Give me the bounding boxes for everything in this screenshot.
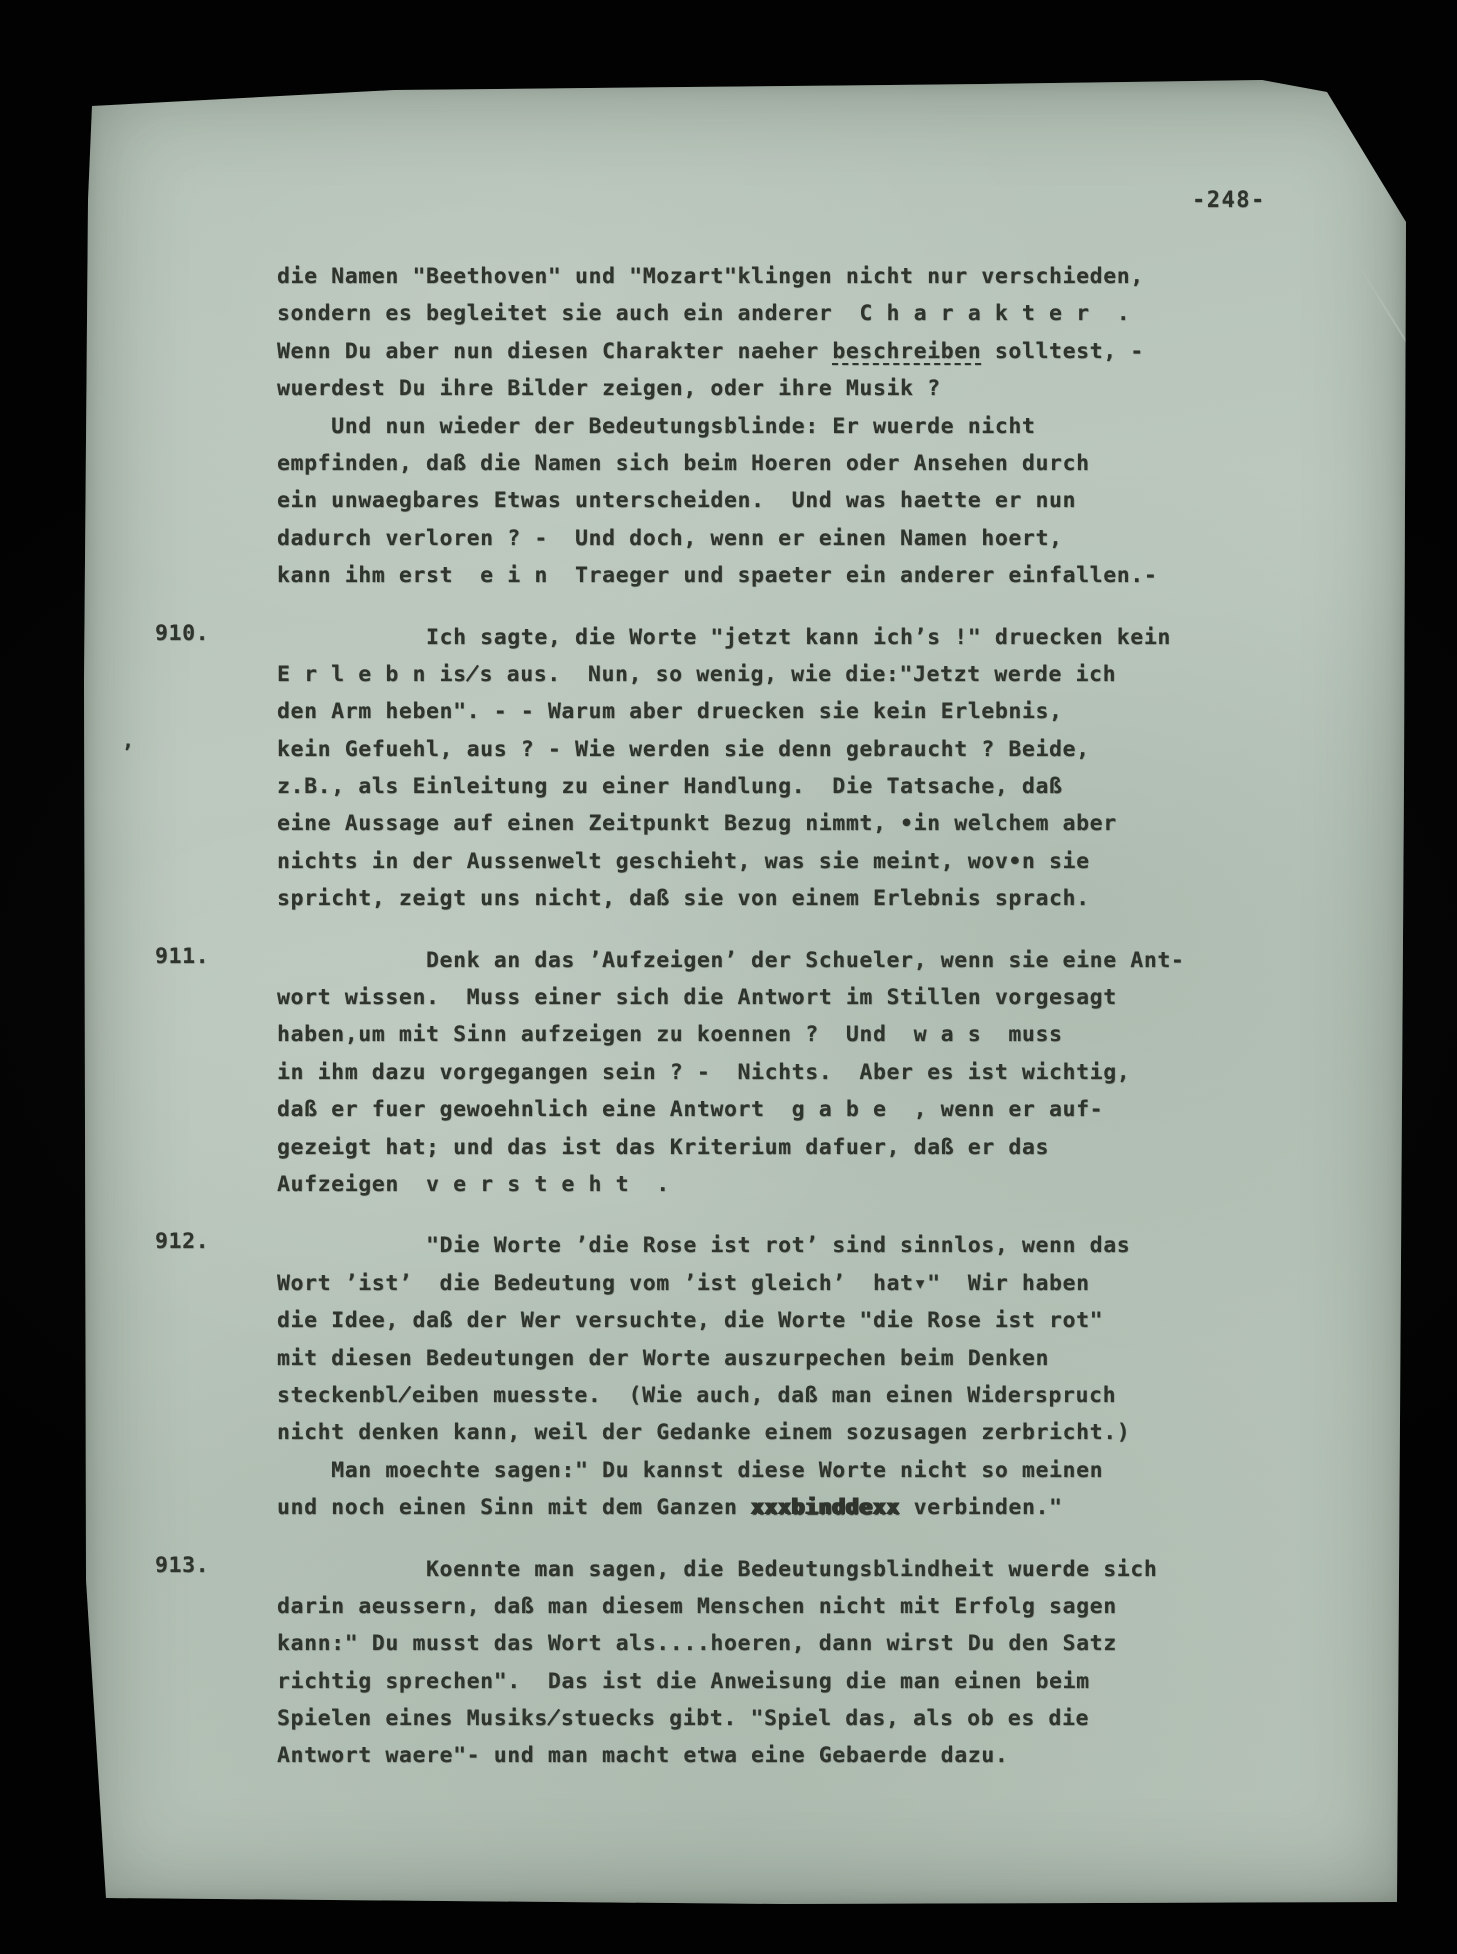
text-line: Spielen eines Musiks̸stuecks gibt. "Spie… xyxy=(277,1700,1207,1737)
paragraph: die Namen "Beethoven" und "Mozart"klinge… xyxy=(277,258,1207,595)
text-line: wort wissen. Muss einer sich die Antwort… xyxy=(277,979,1207,1016)
text-segment: kein Gefuehl, aus ? - Wie werden sie den… xyxy=(277,737,1090,762)
text-line: ein unwaegbares Etwas unterscheiden. Und… xyxy=(277,482,1207,519)
text-segment: Und nun wieder der Bedeutungsblinde: Er … xyxy=(277,414,1035,439)
text-line: sondern es begleitet sie auch ein andere… xyxy=(277,295,1207,332)
text-segment: den Arm heben". - - Warum aber druecken … xyxy=(277,699,1063,724)
text-segment: Man moechte sagen:" Du kannst diese Wort… xyxy=(277,1458,1103,1483)
text-segment: z.B., als Einleitung zu einer Handlung. … xyxy=(277,774,1063,799)
text-segment: wuerdest Du ihre Bilder zeigen, oder ihr… xyxy=(277,376,941,401)
text-segment: nicht denken kann, weil der Gedanke eine… xyxy=(277,1420,1130,1445)
page-number: -248- xyxy=(1192,188,1266,213)
text-segment: Wenn Du aber nun diesen Charakter naeher xyxy=(277,339,832,364)
text-segment: "Die Worte ’die Rose ist rot’ sind sinnl… xyxy=(277,1233,1130,1258)
scan-background: -248- die Namen "Beethoven" und "Mozart"… xyxy=(0,0,1457,1954)
text-line: nicht denken kann, weil der Gedanke eine… xyxy=(277,1414,1207,1451)
text-line: Antwort waere"- und man macht etwa eine … xyxy=(277,1737,1207,1774)
text-segment: die Namen "Beethoven" und "Mozart"klinge… xyxy=(277,264,1144,289)
text-line: Ich sagte, die Worte "jetzt kann ich’s !… xyxy=(277,619,1207,656)
text-line: eine Aussage auf einen Zeitpunkt Bezug n… xyxy=(277,805,1207,842)
text-line: "Die Worte ’die Rose ist rot’ sind sinnl… xyxy=(277,1227,1207,1264)
text-segment: dadurch verloren ? - Und doch, wenn er e… xyxy=(277,526,1063,551)
text-line: wuerdest Du ihre Bilder zeigen, oder ihr… xyxy=(277,370,1207,407)
text-segment: kann:" Du musst das Wort als....hoeren, … xyxy=(277,1631,1117,1656)
text-segment: Wort ’ist’ die Bedeutung vom ’ist gleich… xyxy=(277,1271,1090,1296)
text-line: gezeigt hat; und das ist das Kriterium d… xyxy=(277,1129,1207,1166)
text-segment: Spielen eines Musiks̸stuecks gibt. "Spie… xyxy=(277,1706,1089,1731)
text-line: und noch einen Sinn mit dem Ganzen xxxbi… xyxy=(277,1489,1207,1526)
text-segment: gezeigt hat; und das ist das Kriterium d… xyxy=(277,1135,1049,1160)
text-line: in ihm dazu vorgegangen sein ? - Nichts.… xyxy=(277,1054,1207,1091)
text-segment: solltest, - xyxy=(981,339,1144,364)
text-line: die Namen "Beethoven" und "Mozart"klinge… xyxy=(277,258,1207,295)
ink-speck: , xyxy=(122,728,134,752)
text-line: Koennte man sagen, die Bedeutungsblindhe… xyxy=(277,1551,1207,1588)
text-line: spricht, zeigt uns nicht, daß sie von ei… xyxy=(277,880,1207,917)
text-line: richtig sprechen". Das ist die Anweisung… xyxy=(277,1663,1207,1700)
text-segment: E r l e b n is̸s aus. Nun, so wenig, wie… xyxy=(277,662,1116,687)
paragraph-number: 911. xyxy=(155,944,209,969)
paper-crease xyxy=(1358,265,1457,478)
text-segment: Denk an das ’Aufzeigen’ der Schueler, we… xyxy=(277,948,1184,973)
text-segment: richtig sprechen". Das ist die Anweisung… xyxy=(277,1669,1090,1694)
text-segment: in ihm dazu vorgegangen sein ? - Nichts.… xyxy=(277,1060,1130,1085)
text-line: z.B., als Einleitung zu einer Handlung. … xyxy=(277,768,1207,805)
text-segment: wort wissen. Muss einer sich die Antwort… xyxy=(277,985,1117,1010)
text-segment: Antwort waere"- und man macht etwa eine … xyxy=(277,1743,1008,1768)
text-line: kann ihm erst e i n Traeger und spaeter … xyxy=(277,557,1207,594)
text-line: Wenn Du aber nun diesen Charakter naeher… xyxy=(277,333,1207,370)
text-segment: Koennte man sagen, die Bedeutungsblindhe… xyxy=(277,1557,1157,1582)
text-line: Wort ’ist’ die Bedeutung vom ’ist gleich… xyxy=(277,1265,1207,1302)
text-line: Denk an das ’Aufzeigen’ der Schueler, we… xyxy=(277,942,1207,979)
text-segment: darin aeussern, daß man diesem Menschen … xyxy=(277,1594,1117,1619)
text-segment: mit diesen Bedeutungen der Worte auszurp… xyxy=(277,1346,1049,1371)
text-segment: beschreiben xyxy=(832,339,981,364)
text-segment: und noch einen Sinn mit dem Ganzen xyxy=(277,1495,751,1520)
text-segment: xxxbinddexx xyxy=(751,1495,900,1520)
text-line: mit diesen Bedeutungen der Worte auszurp… xyxy=(277,1340,1207,1377)
paragraph: 913. Koennte man sagen, die Bedeutungsbl… xyxy=(277,1551,1207,1775)
text-segment: daß er fuer gewoehnlich eine Antwort g a… xyxy=(277,1097,1103,1122)
text-segment: sondern es begleitet sie auch ein andere… xyxy=(277,301,1130,326)
text-segment: steckenbl̸eiben muesste. (Wie auch, daß … xyxy=(277,1383,1116,1408)
text-line: empfinden, daß die Namen sich beim Hoere… xyxy=(277,445,1207,482)
text-segment: eine Aussage auf einen Zeitpunkt Bezug n… xyxy=(277,811,1117,836)
text-line: den Arm heben". - - Warum aber druecken … xyxy=(277,693,1207,730)
text-segment: haben,um mit Sinn aufzeigen zu koennen ?… xyxy=(277,1022,1063,1047)
text-segment: kann ihm erst e i n Traeger und spaeter … xyxy=(277,563,1157,588)
typescript-body: die Namen "Beethoven" und "Mozart"klinge… xyxy=(277,258,1207,1799)
text-segment: die Idee, daß der Wer versuchte, die Wor… xyxy=(277,1308,1103,1333)
text-segment: spricht, zeigt uns nicht, daß sie von ei… xyxy=(277,886,1090,911)
text-line: darin aeussern, daß man diesem Menschen … xyxy=(277,1588,1207,1625)
text-line: Aufzeigen v e r s t e h t . xyxy=(277,1166,1207,1203)
text-segment: empfinden, daß die Namen sich beim Hoere… xyxy=(277,451,1090,476)
text-line: kein Gefuehl, aus ? - Wie werden sie den… xyxy=(277,731,1207,768)
text-line: dadurch verloren ? - Und doch, wenn er e… xyxy=(277,520,1207,557)
paragraph-number: 912. xyxy=(155,1229,209,1254)
text-line: E r l e b n is̸s aus. Nun, so wenig, wie… xyxy=(277,656,1207,693)
paragraph: 911. Denk an das ’Aufzeigen’ der Schuele… xyxy=(277,942,1207,1204)
paragraph-number: 913. xyxy=(155,1553,209,1578)
text-line: Und nun wieder der Bedeutungsblinde: Er … xyxy=(277,408,1207,445)
text-line: Man moechte sagen:" Du kannst diese Wort… xyxy=(277,1452,1207,1489)
text-segment: Ich sagte, die Worte "jetzt kann ich’s !… xyxy=(277,625,1171,650)
paragraph-number: 910. xyxy=(155,621,209,646)
paragraph: 912. "Die Worte ’die Rose ist rot’ sind … xyxy=(277,1227,1207,1526)
text-line: daß er fuer gewoehnlich eine Antwort g a… xyxy=(277,1091,1207,1128)
text-segment: ein unwaegbares Etwas unterscheiden. Und… xyxy=(277,488,1076,513)
text-segment: verbinden." xyxy=(900,1495,1063,1520)
text-segment: Aufzeigen v e r s t e h t . xyxy=(277,1172,670,1197)
text-line: haben,um mit Sinn aufzeigen zu koennen ?… xyxy=(277,1016,1207,1053)
paragraph: 910. Ich sagte, die Worte "jetzt kann ic… xyxy=(277,619,1207,918)
text-line: steckenbl̸eiben muesste. (Wie auch, daß … xyxy=(277,1377,1207,1414)
text-segment: nichts in der Aussenwelt geschieht, was … xyxy=(277,849,1090,874)
text-line: kann:" Du musst das Wort als....hoeren, … xyxy=(277,1625,1207,1662)
text-line: nichts in der Aussenwelt geschieht, was … xyxy=(277,843,1207,880)
text-line: die Idee, daß der Wer versuchte, die Wor… xyxy=(277,1302,1207,1339)
